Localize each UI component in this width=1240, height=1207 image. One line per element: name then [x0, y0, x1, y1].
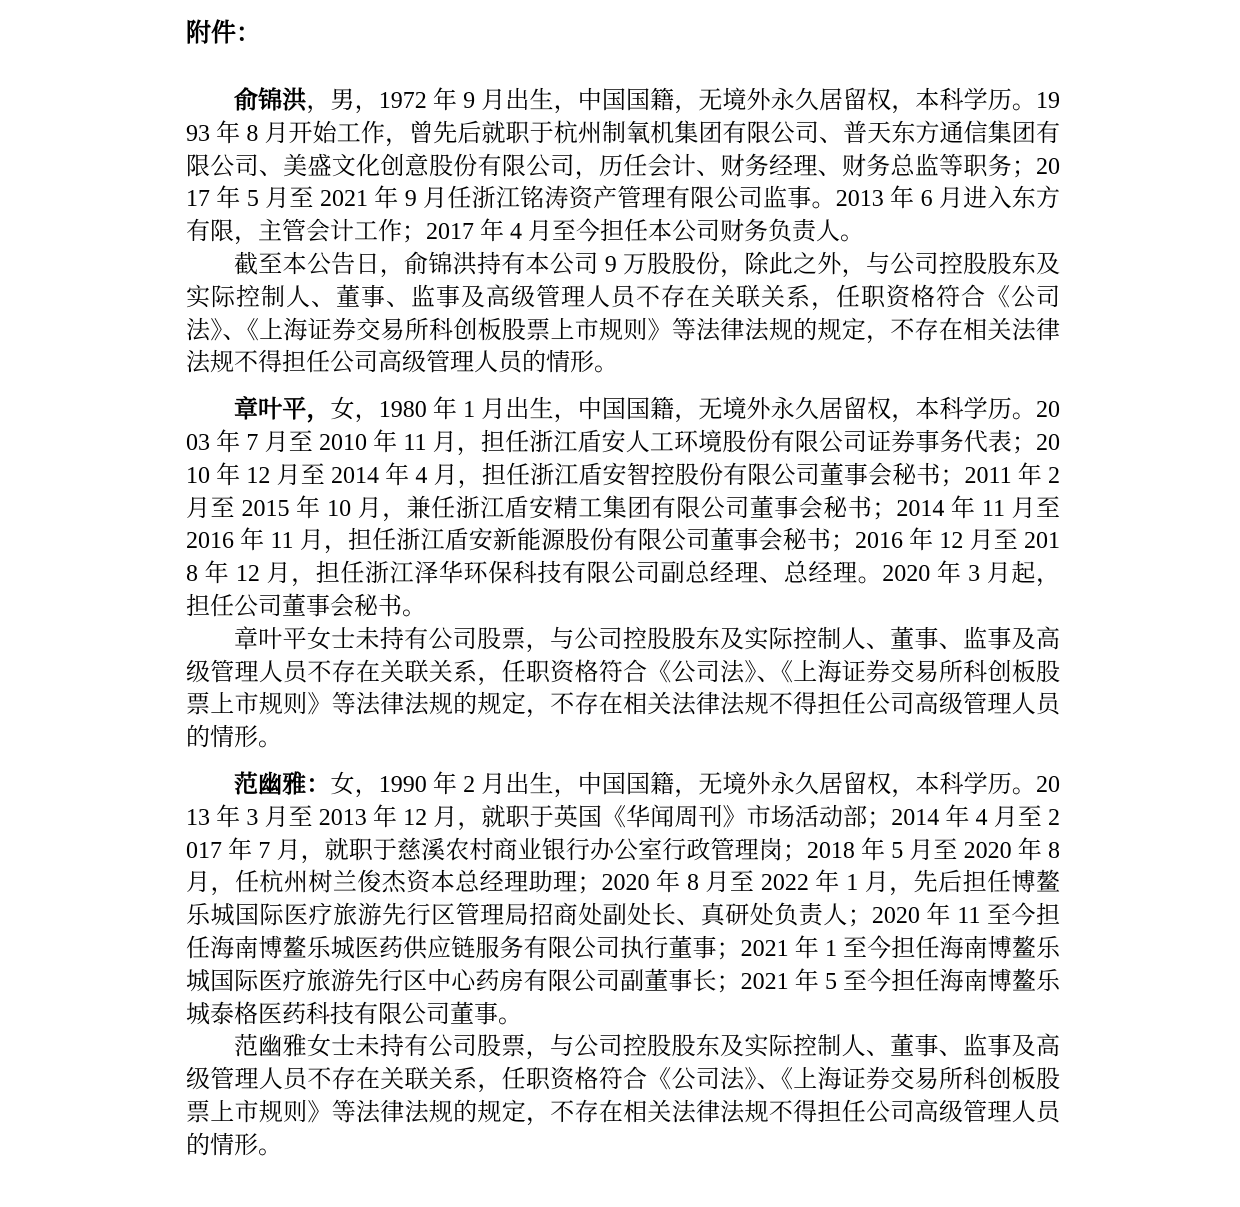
shareholding-paragraph: 范幽雅女士未持有公司股票，与公司控股股东及实际控制人、董事、监事及高级管理人员不… [186, 1031, 1060, 1162]
person-name: 俞锦洪 [234, 88, 306, 114]
shareholding-paragraph: 章叶平女士未持有公司股票，与公司控股股东及实际控制人、董事、监事及高级管理人员不… [186, 624, 1060, 755]
shareholding-paragraph: 截至本公告日，俞锦洪持有本公司 9 万股股份，除此之外，与公司控股股东及实际控制… [186, 249, 1060, 380]
document-page: 附件： 俞锦洪，男，1972 年 9 月出生，中国国籍，无境外永久居留权，本科学… [186, 18, 1060, 1163]
bio-intro-text: 女，1990 年 2 月出生，中国国籍，无境外永久居留权，本科学历。2013 年… [186, 772, 1060, 1028]
bio-intro-text: ，男，1972 年 9 月出生，中国国籍，无境外永久居留权，本科学历。1993 … [186, 88, 1060, 245]
person-name: 章叶平， [234, 397, 331, 423]
attachment-label: 附件： [186, 18, 1060, 50]
bio-intro-paragraph: 俞锦洪，男，1972 年 9 月出生，中国国籍，无境外永久居留权，本科学历。19… [186, 85, 1060, 249]
bio-intro-paragraph: 章叶平，女，1980 年 1 月出生，中国国籍，无境外永久居留权，本科学历。20… [186, 394, 1060, 624]
bio-intro-text: 女，1980 年 1 月出生，中国国籍，无境外永久居留权，本科学历。2003 年… [186, 397, 1060, 620]
bio-intro-paragraph: 范幽雅：女，1990 年 2 月出生，中国国籍，无境外永久居留权，本科学历。20… [186, 769, 1060, 1031]
person-name: 范幽雅： [234, 772, 331, 798]
